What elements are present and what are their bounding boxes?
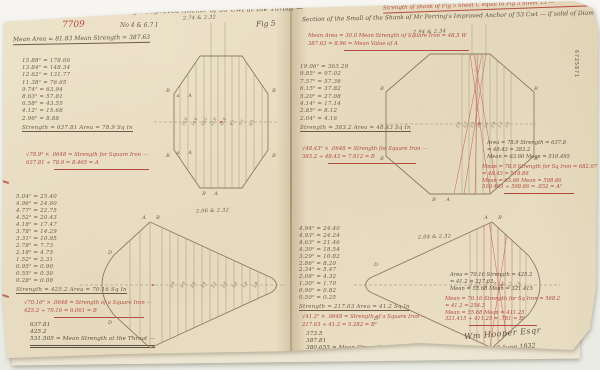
tick-label: 1.6 [241, 280, 248, 288]
tick-label: 1.9 [489, 120, 496, 128]
tick-label: 9.1 [228, 119, 235, 127]
tick-labels: 2.92.72.52.32.11.91.71.5 [454, 120, 511, 129]
base-letter: A [213, 191, 218, 197]
fold-line [290, 6, 292, 352]
base-letter: A [155, 353, 160, 359]
left-mean-line: Mean Area = 81.83 Mean Strength = 387.63 [13, 34, 150, 45]
signature-date: 12 June 1832 [492, 341, 536, 352]
compare-line: = 41.2 = 217.63 [450, 279, 533, 286]
calc-line: 12.62² = 131.77 [22, 72, 157, 79]
corner-letter: B [379, 156, 384, 162]
margin-mark [2, 180, 9, 184]
tick-label: 10.4 [219, 116, 227, 126]
top-letter: A [141, 215, 146, 221]
compare-throat-black: Area = 78.9 Strength = 637.8 = 48.43 = 3… [487, 140, 570, 160]
compare-line: = 41.2 = 254.3 [445, 303, 560, 310]
compare-line: Area = 78.9 Strength = 637.8 [487, 140, 570, 147]
corner-letter: B [165, 153, 170, 159]
bend-letter: D [107, 320, 112, 326]
fig-label: Fig 5 [256, 18, 276, 28]
tick-labels: 15.914.613.211.810.49.17.76.3 [180, 116, 255, 126]
calc-line: 11.38² = 76.65 [22, 80, 157, 87]
top-letter: A [483, 215, 488, 221]
compare-line: Mean = 55.68 Mean = 411.25 [445, 310, 560, 317]
corner-letter: B [271, 88, 276, 94]
calc-line: 4.96² = 24.60 [16, 201, 156, 208]
compare-throat-red: Mean = 78.9 Strength for Sq Iron = 682.0… [482, 164, 597, 194]
drawing-sheet-wrap: Section of the Shank of Mr Perring's Imp… [0, 0, 600, 370]
tick-label: 15.9 [180, 116, 188, 126]
corner-letter: B [271, 153, 276, 159]
side-letter: a [177, 93, 180, 99]
compare-line: = 48.43 = 383.2 [487, 147, 570, 154]
bend-letter: D [107, 250, 112, 256]
tick-label: 2.9 [454, 120, 462, 129]
compare-line: Mean = 63.66 Mean = 510.495 [487, 154, 570, 161]
margin-mark [2, 294, 9, 298]
tick-label: 2.4 [199, 280, 207, 289]
top-letter: B [155, 215, 160, 221]
tick-label: 2.0 [220, 280, 228, 289]
base-letter: B [483, 353, 488, 359]
tick-label: 2.2 [210, 280, 218, 289]
corner-letter: B [165, 88, 170, 94]
compare-line: Mean = 63.66 Mean = 598.86 [482, 178, 597, 185]
compare-small-red: Mean = 70.16 Strength for Sq Iron = 568.… [445, 296, 560, 326]
compare-line: = 48.43 = 518.86 [482, 171, 597, 178]
red-rule [54, 169, 149, 170]
figure-throat-section: 15.914.613.211.810.49.17.76.3 B B B B B … [150, 18, 282, 196]
base-letter: B [201, 191, 206, 197]
base-letter: A [445, 197, 450, 203]
red-rule [504, 193, 574, 194]
base-letter: B [431, 197, 436, 203]
tick-label: 13.2 [200, 116, 208, 126]
figure-small-section-left: 2.92.82.62.42.22.01.81.61.4 D D A B B A [78, 214, 290, 360]
base-letter: B [141, 353, 146, 359]
stamp-number: 6725871 [573, 50, 579, 78]
corner-letter: B [379, 86, 384, 92]
extension-lines [472, 24, 486, 56]
calc-column-throat-large: 15.88² = 178.6613.84² = 148.3412.62² = 1… [22, 58, 157, 132]
side-letter: A [187, 150, 192, 156]
side-letter: A [187, 93, 192, 99]
calc-line: 5.04² = 25.40 [16, 194, 156, 201]
tick-label: 2.6 [189, 280, 197, 289]
compare-line: Mean = 78.9 Strength for Sq Iron = 682.0… [482, 164, 597, 171]
calc-total: Strength = 637.81 Area = 78.9 Sq In [22, 125, 157, 132]
bend-letter: D [373, 262, 378, 268]
top-letter: B [497, 215, 502, 221]
compare-line: Area = 70.16 Strength = 425.2 [450, 272, 533, 279]
compare-line: 321.415 ÷ 411.25 = .781 = B² [445, 316, 560, 323]
tick-label: 1.7 [496, 120, 503, 128]
drawing-sheet: Section of the Shank of Mr Perring's Imp… [0, 0, 600, 370]
side-letter: a [177, 150, 180, 156]
compare-small-black: Area = 70.16 Strength = 425.2 = 41.2 = 2… [450, 272, 533, 292]
calc-line: 4.12² = 15.68 [22, 108, 157, 115]
compare-line: Mean = 55.68 Mean = 321.415 [450, 286, 533, 293]
tick-label: 14.6 [190, 116, 198, 126]
compare-line: Mean = 70.16 Strength for Sq Iron = 568.… [445, 296, 560, 303]
base-letter: A [497, 353, 502, 359]
catalog-number: 7709 [62, 20, 85, 31]
extension-lines [211, 22, 225, 58]
calc-line: 9.74² = 63.94 [22, 87, 157, 94]
tick-label: 1.8 [231, 280, 238, 288]
bend-letter: D [373, 316, 378, 322]
calc-line: 2.96² = 8.88 [22, 116, 157, 123]
tick-label: 2.9 [168, 280, 176, 289]
red-center-mark [152, 284, 154, 286]
tick-label: 2.8 [178, 280, 186, 289]
corner-letter: B [533, 86, 538, 92]
tick-label: 1.5 [503, 120, 510, 128]
tick-label: 11.8 [209, 116, 217, 126]
compare-line: 510.495 ÷ 598.86 = .852 = A² [482, 184, 597, 191]
tick-labels: 2.92.82.62.42.22.01.81.61.4 [168, 280, 259, 289]
